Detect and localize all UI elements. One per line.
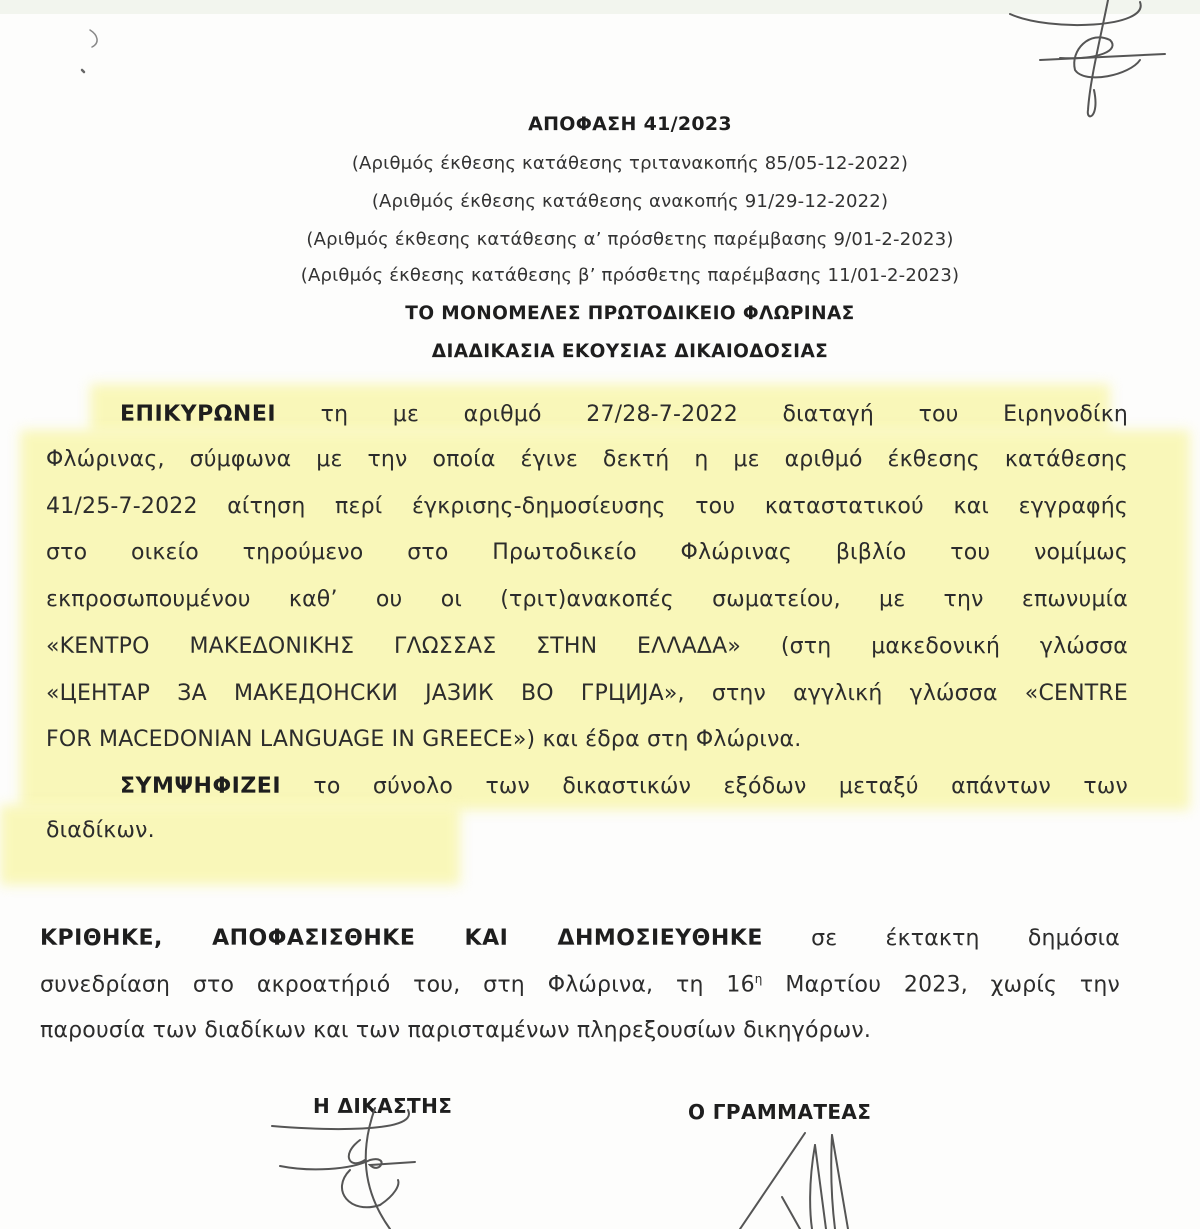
ruling-line-4: στο οικείο τηρούμενο στο Πρωτοδικείο Φλώ… xyxy=(46,540,1128,565)
filing-ref-3: (Αριθμός έκθεσης κατάθεσης α’ πρόσθετης … xyxy=(0,229,1200,250)
judge-signature-icon xyxy=(270,1100,470,1229)
ruling-line-3: 41/25-7-2022 αίτηση περί έγκρισης-δημοσί… xyxy=(46,494,1128,519)
initials-signature-icon xyxy=(990,0,1190,125)
filing-ref-2: (Αριθμός έκθεσης κατάθεσης ανακοπής 91/2… xyxy=(0,191,1200,212)
costs-keyword: ΣΥΜΨΗΦΙΖΕΙ xyxy=(120,774,281,799)
filing-ref-1: (Αριθμός έκθεσης κατάθεσης τριτανακοπής … xyxy=(0,153,1200,174)
ruling-line-2: Φλώρινας, σύμφωνα με την οποία έγινε δεκ… xyxy=(46,447,1128,472)
highlight-band xyxy=(20,430,1190,810)
clerk-label: Ο ΓΡΑΜΜΑΤΕΑΣ xyxy=(688,1100,871,1124)
filing-ref-4: (Αριθμός έκθεσης κατάθεσης β’ πρόσθετης … xyxy=(0,265,1200,286)
closing-keyword: ΚΡΙΘΗΚΕ, ΑΠΟΦΑΣΙΣΘΗΚΕ ΚΑΙ ΔΗΜΟΣΙΕΥΘΗΚΕ xyxy=(40,926,763,951)
ruling-line-6: «ΚΕΝΤΡΟ ΜΑΚΕΔΟΝΙΚΗΣ ΓΛΩΣΣΑΣ ΣΤΗΝ ΕΛΛΑΔΑ»… xyxy=(46,634,1128,659)
closing-line-3: παρουσία των διαδίκων και των παρισταμέν… xyxy=(40,1018,1120,1043)
ruling-line-8: FOR MACEDONIAN LANGUAGE IN GREECE») και … xyxy=(46,727,1128,752)
closing-line-2: συνεδρίαση στο ακροατήριό του, στη Φλώρι… xyxy=(40,972,1120,997)
ruling-line-5: εκπροσωπουμένου καθ’ ου οι (τριτ)ανακοπέ… xyxy=(46,587,1128,612)
costs-line-2: διαδίκων. xyxy=(46,818,1128,843)
document-page: ΑΠΟΦΑΣΗ 41/2023 (Αριθμός έκθεσης κατάθεσ… xyxy=(0,0,1200,1229)
scan-speck-icon xyxy=(80,25,120,75)
decision-title: ΑΠΟΦΑΣΗ 41/2023 xyxy=(0,113,1200,135)
highlight-band xyxy=(0,805,460,885)
costs-line-1: ΣΥΜΨΗΦΙΖΕΙ το σύνολο των δικαστικών εξόδ… xyxy=(120,774,1128,799)
ruling-line-7: «ЦЕНТАР ЗА МАКЕДОНСКИ ЈАЗИК ВО ГРЦИЈА», … xyxy=(46,681,1128,706)
clerk-signature-icon xyxy=(740,1125,860,1229)
procedure-type: ΔΙΑΔΙΚΑΣΙΑ ΕΚΟΥΣΙΑΣ ΔΙΚΑΙΟΔΟΣΙΑΣ xyxy=(0,341,1200,362)
court-name: ΤΟ ΜΟΝΟΜΕΛΕΣ ΠΡΩΤΟΔΙΚΕΙΟ ΦΛΩΡΙΝΑΣ xyxy=(0,303,1200,324)
ruling-keyword: ΕΠΙΚΥΡΩΝΕΙ xyxy=(120,402,276,427)
closing-line-1: ΚΡΙΘΗΚΕ, ΑΠΟΦΑΣΙΣΘΗΚΕ ΚΑΙ ΔΗΜΟΣΙΕΥΘΗΚΕ σ… xyxy=(40,926,1120,951)
ruling-line-1: ΕΠΙΚΥΡΩΝΕΙ τη με αριθμό 27/28-7-2022 δια… xyxy=(120,402,1128,427)
